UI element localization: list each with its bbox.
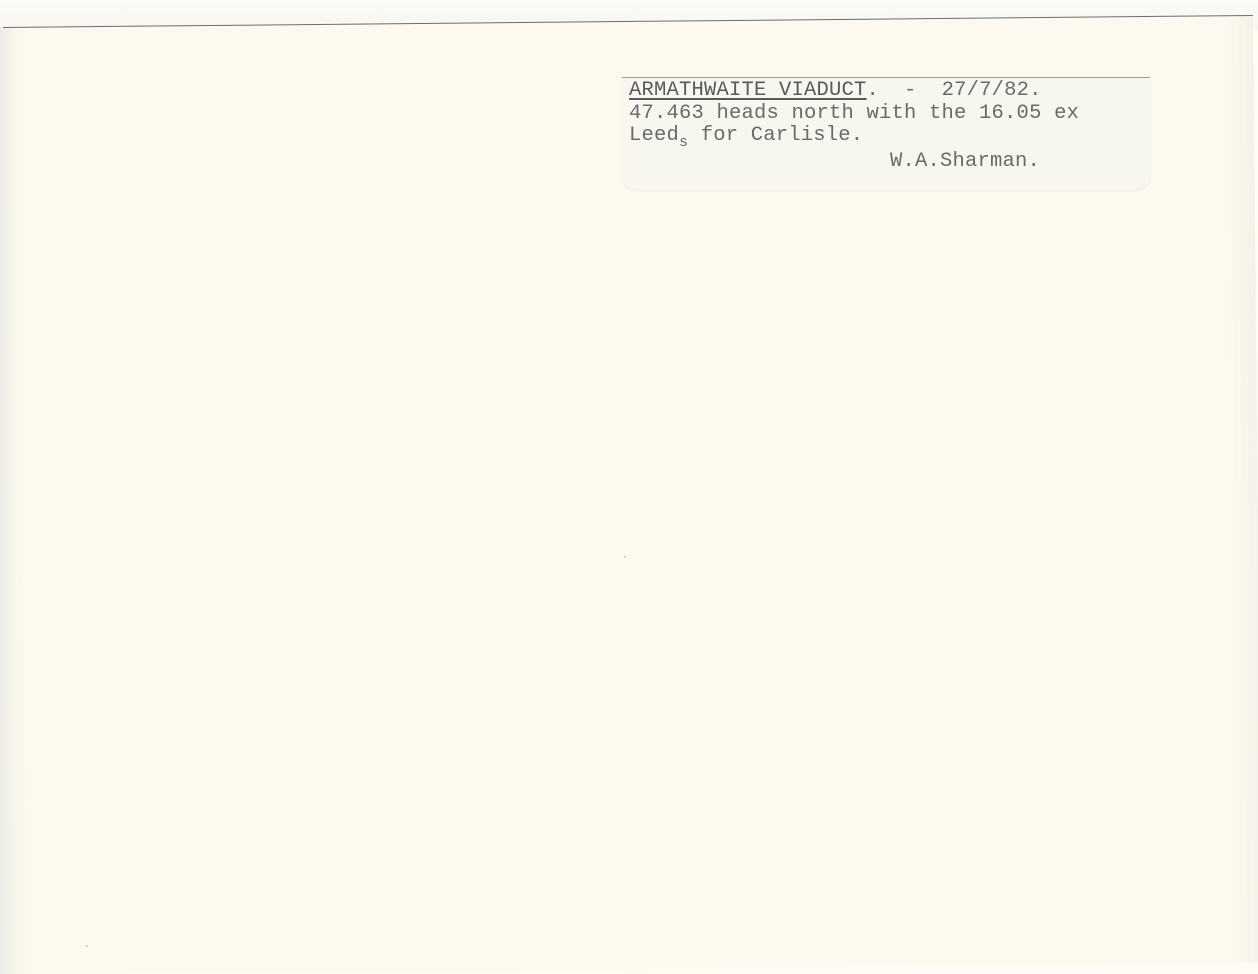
- caption-line-3: Leeds for Carlisle.: [629, 125, 863, 148]
- caption-line-3-start: Leed: [629, 124, 679, 147]
- caption-separator: . -: [867, 79, 942, 102]
- page-edge-shadow: [0, 28, 14, 974]
- caption-label: ARMATHWAITE VIADUCT. - 27/7/82. 47.463 h…: [622, 77, 1150, 190]
- paper-speck: [624, 556, 626, 558]
- caption-date: 27/7/82.: [942, 79, 1042, 102]
- caption-title-line: ARMATHWAITE VIADUCT. - 27/7/82.: [629, 80, 1042, 102]
- paper-speck: [86, 945, 88, 947]
- caption-line-3-subscript: s: [679, 134, 688, 151]
- caption-signature: W.A.Sharman.: [890, 151, 1040, 173]
- caption-line-2: 47.463 heads north with the 16.05 ex: [629, 103, 1079, 125]
- caption-title: ARMATHWAITE VIADUCT: [629, 79, 867, 102]
- caption-line-3-end: for Carlisle.: [688, 124, 863, 147]
